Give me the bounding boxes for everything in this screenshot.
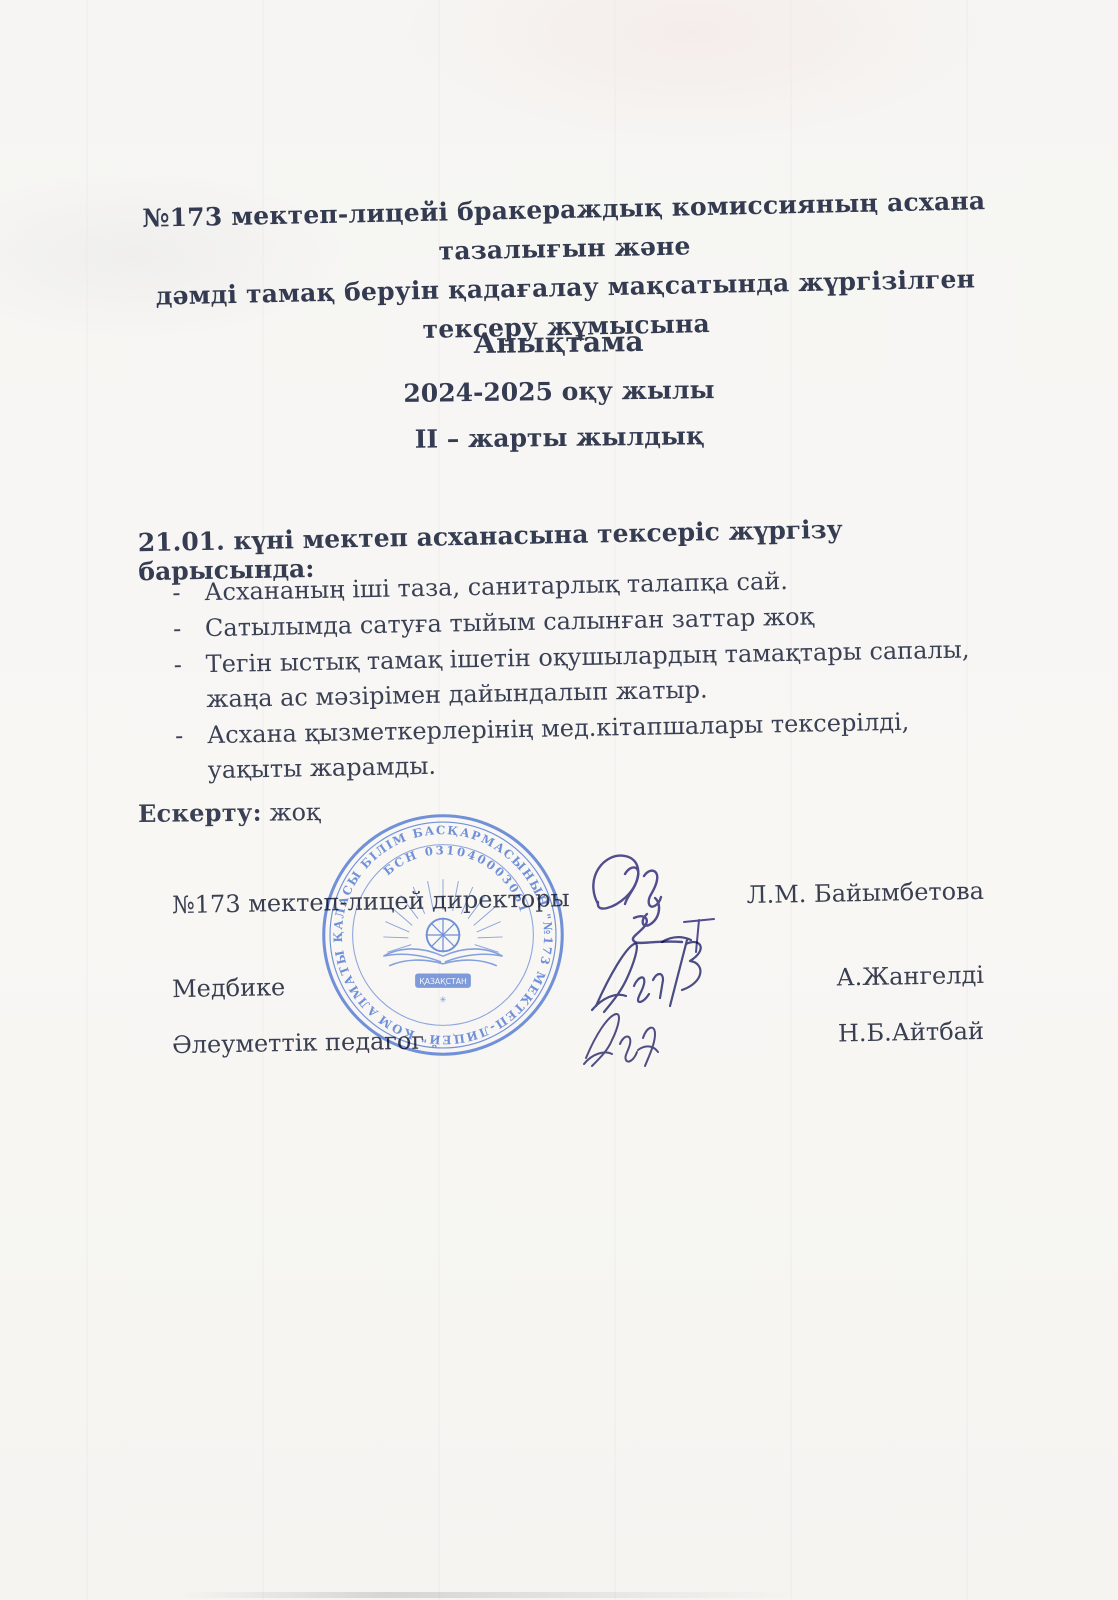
note-label: Ескерту: — [138, 798, 262, 828]
signatory-name: Л.М. Байымбетова — [746, 877, 984, 909]
social-pedagogue-signature — [576, 1000, 678, 1072]
signatory-name: А.Жангелді — [836, 961, 984, 992]
findings-list: Асхананың іші таза, санитарлық талапқа с… — [166, 560, 992, 790]
note-line: Ескерту: жоқ — [138, 797, 321, 828]
heading-block: Анықтама 2024-2025 оқу жылы II – жарты ж… — [0, 319, 1118, 459]
signatory-role: Медбике — [172, 973, 286, 1003]
signatory-name: Н.Б.Айтбай — [838, 1017, 984, 1048]
term-label: II – жарты жылдық — [0, 416, 1118, 459]
official-stamp: АЛМАТЫ ҚАЛАСЫ БІЛІМ БАСҚАРМАСЫНЫҢ "№173 … — [316, 810, 570, 1060]
emblem-shanyrak — [426, 918, 461, 953]
note-value: жоқ — [269, 798, 320, 827]
school-year: 2024-2025 оқу жылы — [0, 370, 1118, 413]
finding-item: Асхана қызметкерлерінің мед.кітапшалары … — [169, 703, 992, 789]
signatory-role: Әлеуметтік педагог — [172, 1027, 424, 1059]
signature-row-nurse: Медбике А.Жангелді — [172, 961, 984, 1003]
scanned-document-page: №173 мектеп-лицейі бракераждық комиссиян… — [0, 0, 1118, 1600]
